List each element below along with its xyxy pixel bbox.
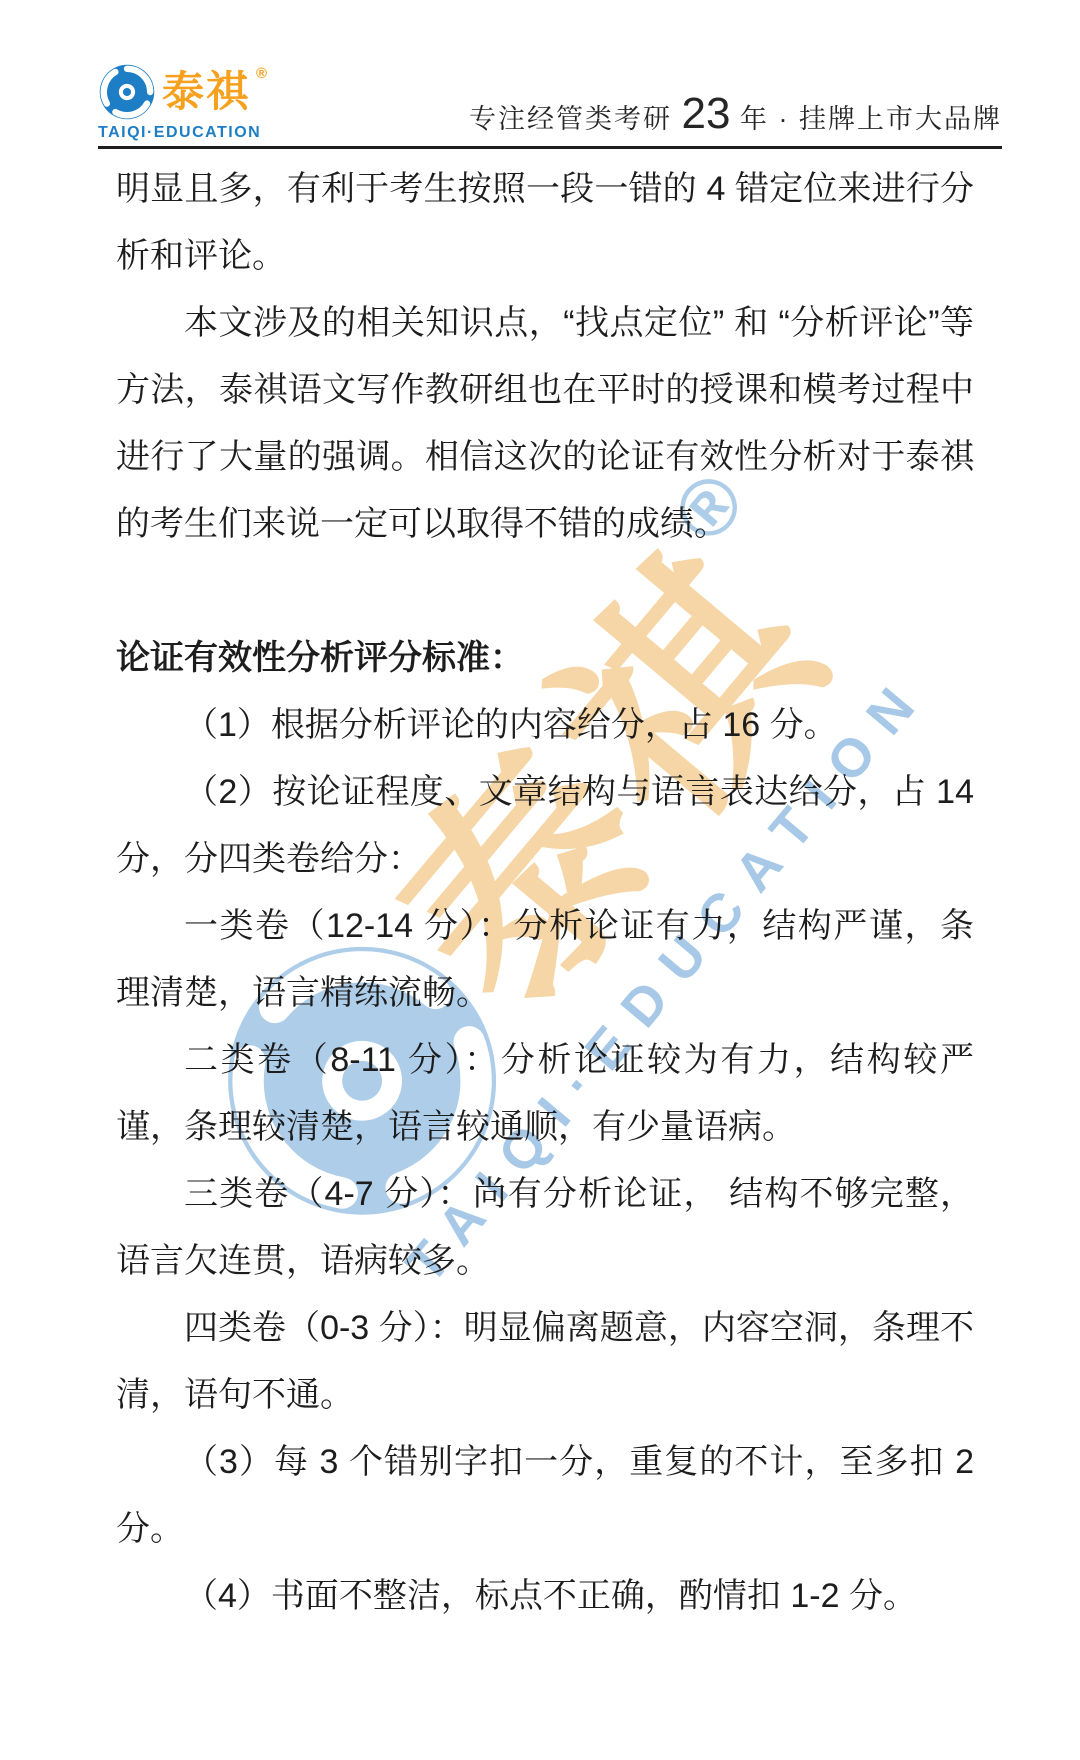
section-heading: 论证有效性分析评分标准：	[116, 625, 974, 692]
taiqi-logo: 泰祺 ® TAIQI·EDUCATION	[98, 63, 267, 146]
rule-item: 二类卷（8-11 分）：分析论证较为有力，结构较严谨，条理较清楚，语言较通顺，有…	[116, 1027, 974, 1161]
tagline-prefix: 专注经管类考研	[469, 104, 682, 134]
page-header: 泰祺 ® TAIQI·EDUCATION 专注经管类考研 23 年 · 挂牌上市…	[98, 56, 1002, 149]
rule-item: （4）书面不整洁，标点不正确，酌情扣 1-2 分。	[116, 1563, 974, 1630]
logo-brand-en: TAIQI·EDUCATION	[98, 124, 261, 142]
tagline-years: 23	[682, 89, 731, 138]
rule-item: （2）按论证程度、文章结构与语言表达给分，占 14 分，分四类卷给分：	[116, 759, 974, 893]
taiqi-swirl-icon	[98, 63, 156, 121]
document-page: 泰祺 ® TAIQI·EDUCATION 专注经管类考研 23 年 · 挂牌上市…	[0, 0, 1080, 1760]
rule-item: 三类卷（4-7 分）：尚有分析论证， 结构不够完整，语言欠连贯，语病较多。	[116, 1161, 974, 1295]
header-tagline: 专注经管类考研 23 年 · 挂牌上市大品牌	[469, 92, 1002, 146]
paragraph: 本文涉及的相关知识点，“找点定位” 和 “分析评论”等方法，泰祺语文写作教研组也…	[116, 290, 974, 558]
rule-item: 四类卷（0-3 分）：明显偏离题意，内容空洞，条理不清，语句不通。	[116, 1295, 974, 1429]
rule-item: （3）每 3 个错别字扣一分，重复的不计，至多扣 2 分。	[116, 1429, 974, 1563]
rule-item: （1）根据分析评论的内容给分，占 16 分。	[116, 692, 974, 759]
logo-brand-cn: 泰祺	[162, 71, 250, 113]
rule-item: 一类卷（12-14 分）：分析论证有力，结构严谨，条理清楚，语言精练流畅。	[116, 893, 974, 1027]
paragraph: 明显且多，有利于考生按照一段一错的 4 错定位来进行分析和评论。	[116, 156, 974, 290]
registered-mark-icon: ®	[256, 65, 267, 82]
tagline-suffix: 年 · 挂牌上市大品牌	[731, 104, 1003, 134]
document-body: 明显且多，有利于考生按照一段一错的 4 错定位来进行分析和评论。 本文涉及的相关…	[116, 140, 974, 1630]
logo-row: 泰祺 ®	[98, 63, 267, 121]
